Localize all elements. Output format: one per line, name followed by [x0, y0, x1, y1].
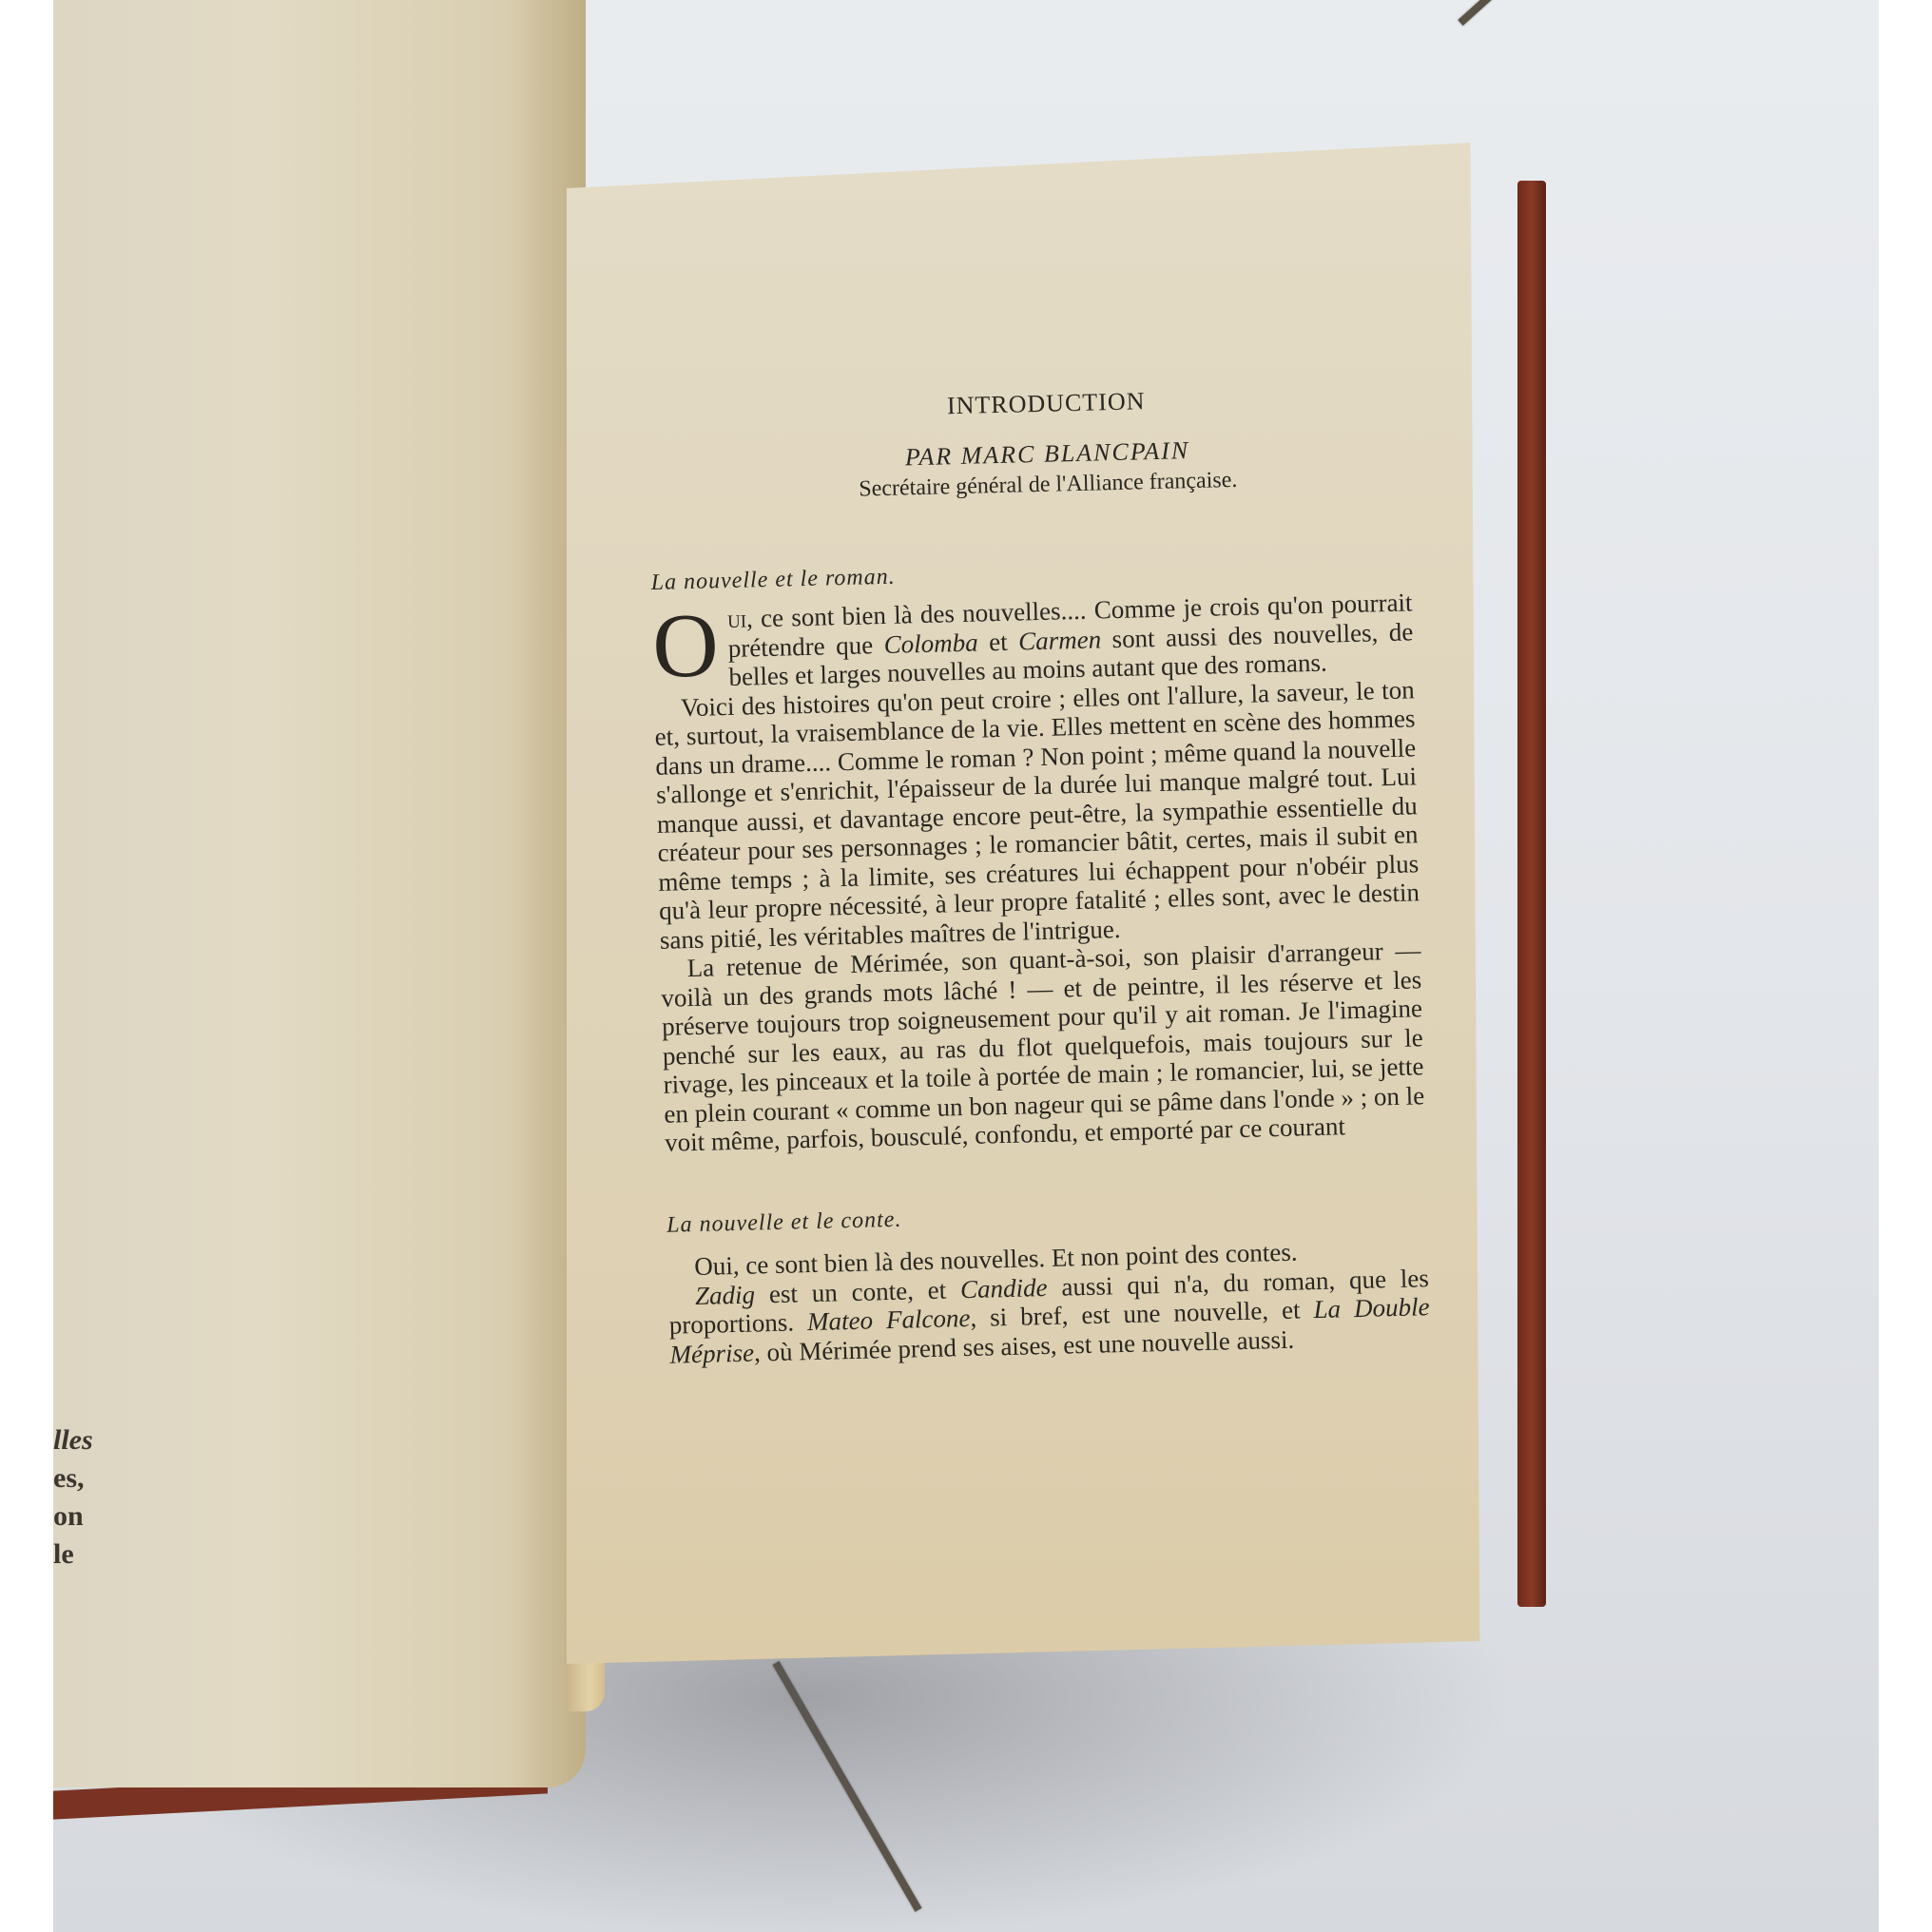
section-heading-conte: La nouvelle et le conte.	[667, 1192, 1428, 1240]
book-cover-right-edge	[1517, 181, 1546, 1607]
paragraph: La retenue de Mérimée, son quant-à-soi, …	[660, 936, 1425, 1157]
tile-grout-line-upper	[1458, 0, 1759, 26]
drop-cap-continuation: ui	[727, 605, 747, 633]
fragment: es,	[53, 1459, 148, 1497]
fragment: on	[53, 1497, 148, 1536]
paragraph-text: , ce sont bien là des nouvelles.... Comm…	[727, 588, 1413, 691]
fragment: lles	[53, 1421, 148, 1459]
drop-cap: O	[651, 610, 719, 681]
fragment: le	[53, 1536, 148, 1574]
right-page-text: INTRODUCTION PAR MARC BLANCPAIN Secrétai…	[647, 380, 1431, 1368]
paragraph: Zadig est un conte, et Candide aussi qui…	[668, 1264, 1431, 1369]
paragraph: Voici des histoires qu'on peut croire ; …	[654, 675, 1420, 955]
left-page-text-fragments: lles es, on le	[53, 1421, 148, 1574]
left-page: lles es, on le	[53, 0, 586, 1787]
